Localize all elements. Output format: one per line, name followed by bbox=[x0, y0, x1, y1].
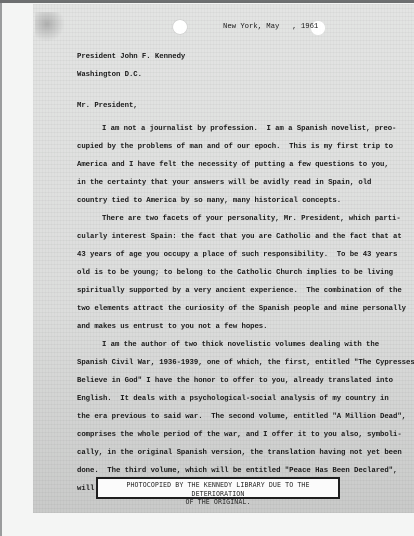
body-line: and makes us entrust to you not a few ho… bbox=[77, 318, 414, 336]
body-line: I am the author of two thick novelistic … bbox=[77, 336, 414, 354]
body-line: America and I have felt the necessity of… bbox=[77, 156, 414, 174]
body-line: 43 years of age you occupy a place of su… bbox=[77, 246, 414, 264]
body-line: There are two facets of your personality… bbox=[77, 210, 414, 228]
body-line: I am not a journalist by profession. I a… bbox=[77, 120, 414, 138]
body-line: two elements attract the curiosity of th… bbox=[77, 300, 414, 318]
paper-smudge bbox=[35, 12, 65, 42]
scanner-top-edge bbox=[0, 0, 414, 3]
body-line: Spanish Civil War, 1936-1939, one of whi… bbox=[77, 354, 414, 372]
dateline: New York, May , 1961 bbox=[223, 23, 318, 32]
body-line: English. It deals with a psychological-s… bbox=[77, 390, 414, 408]
stamp-line-1: PHOTOCOPIED BY THE KENNEDY LIBRARY DUE T… bbox=[98, 481, 338, 498]
body-line: spiritually supported by a very ancient … bbox=[77, 282, 414, 300]
body-line: cularly interest Spain: the fact that yo… bbox=[77, 228, 414, 246]
letter-body: I am not a journalist by profession. I a… bbox=[77, 120, 414, 498]
body-line: in the certainty that your answers will … bbox=[77, 174, 414, 192]
body-line: country tied to America by so many, many… bbox=[77, 192, 414, 210]
recipient-location: Washington D.C. bbox=[77, 71, 142, 80]
photocopy-stamp: PHOTOCOPIED BY THE KENNEDY LIBRARY DUE T… bbox=[96, 477, 340, 499]
body-line: the era previous to said war. The second… bbox=[77, 408, 414, 426]
scanner-left-edge bbox=[0, 3, 2, 536]
body-line: old is to be young; to belong to the Cat… bbox=[77, 264, 414, 282]
body-line: comprises the whole period of the war, a… bbox=[77, 426, 414, 444]
punch-hole bbox=[173, 20, 187, 34]
stamp-line-2: OF THE ORIGINAL. bbox=[98, 498, 338, 507]
body-line: cupied by the problems of man and of our… bbox=[77, 138, 414, 156]
recipient-name: President John F. Kennedy bbox=[77, 53, 185, 62]
body-line: cally, in the original Spanish version, … bbox=[77, 444, 414, 462]
salutation: Mr. President, bbox=[77, 102, 138, 111]
body-line: Believe in God" I have the honor to offe… bbox=[77, 372, 414, 390]
